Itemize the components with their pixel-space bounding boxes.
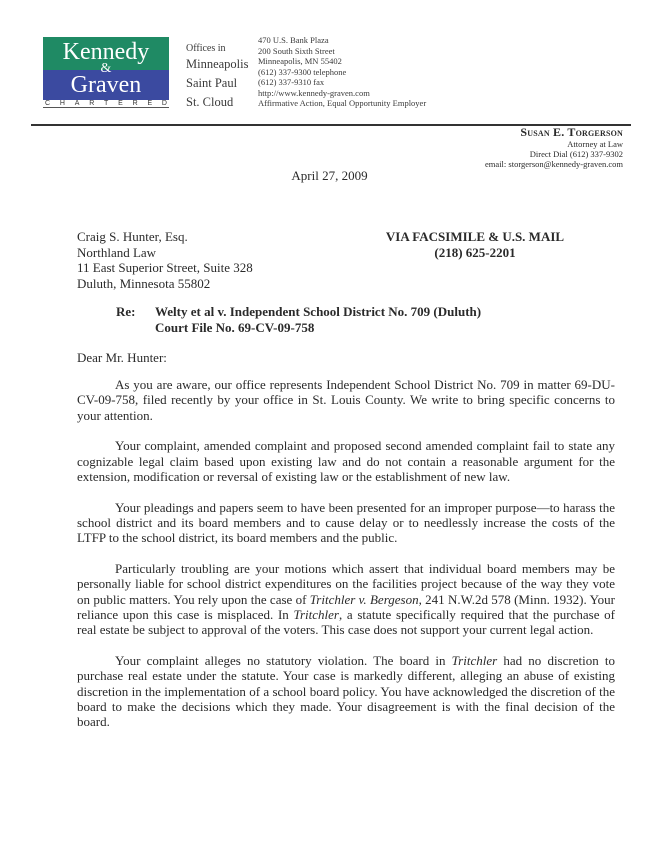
sender-title: Attorney at Law xyxy=(485,139,623,149)
tagline-letter: H xyxy=(60,100,65,107)
tagline-letter: E xyxy=(147,100,152,107)
case-citation: Tritchler v. Bergeson, xyxy=(310,592,422,607)
case-citation: Tritchler xyxy=(293,607,339,622)
recipient-line: Craig S. Hunter, Esq. xyxy=(77,229,253,245)
re-case-name: Welty et al v. Independent School Distri… xyxy=(155,304,481,320)
eoe-statement: Affirmative Action, Equal Opportunity Em… xyxy=(258,98,426,109)
address-line: 470 U.S. Bank Plaza xyxy=(258,35,426,46)
tagline-letter: C xyxy=(45,100,50,107)
sender-direct-dial: Direct Dial (612) 337-9302 xyxy=(485,149,623,159)
recipient-line: 11 East Superior Street, Suite 328 xyxy=(77,260,253,276)
address-line: Minneapolis, MN 55402 xyxy=(258,56,426,67)
sender-block: Susan E. Torgerson Attorney at Law Direc… xyxy=(485,125,623,169)
address-line: 200 South Sixth Street xyxy=(258,46,426,57)
tagline-letter: T xyxy=(104,100,108,107)
case-citation: Tritchler xyxy=(452,653,498,668)
logo-chartered-tagline: CHARTERED xyxy=(43,100,169,108)
office-city: Minneapolis xyxy=(186,55,249,74)
delivery-method-block: VIA FACSIMILE & U.S. MAIL (218) 625-2201 xyxy=(380,229,570,260)
body-paragraph: As you are aware, our office represents … xyxy=(77,377,615,423)
letter-body: As you are aware, our office represents … xyxy=(77,377,615,745)
body-paragraph: Your pleadings and papers seem to have b… xyxy=(77,500,615,546)
re-court-file: Court File No. 69-CV-09-758 xyxy=(155,320,481,336)
recipient-line: Northland Law xyxy=(77,245,253,261)
paragraph-text: Your complaint alleges no statutory viol… xyxy=(115,653,452,668)
tagline-letter: R xyxy=(133,100,138,107)
telephone: (612) 337-9300 telephone xyxy=(258,67,426,78)
tagline-letter: D xyxy=(162,100,167,107)
recipient-line: Duluth, Minnesota 55802 xyxy=(77,276,253,292)
firm-logo: Kennedy & Graven CHARTERED xyxy=(43,37,169,108)
letter-date: April 27, 2009 xyxy=(0,168,659,184)
re-label: Re: xyxy=(116,304,136,320)
paragraph-text: Your pleadings and papers seem to have b… xyxy=(77,500,615,546)
logo-graven-text: Graven xyxy=(43,73,169,97)
paragraph-text: As you are aware, our office represents … xyxy=(77,377,615,423)
office-city: St. Cloud xyxy=(186,93,249,112)
recipient-address: Craig S. Hunter, Esq. Northland Law 11 E… xyxy=(77,229,253,291)
offices-label: Offices in xyxy=(186,42,249,55)
salutation: Dear Mr. Hunter: xyxy=(77,350,167,366)
re-subject: Welty et al v. Independent School Distri… xyxy=(155,304,481,335)
office-city: Saint Paul xyxy=(186,74,249,93)
paragraph-text: Your complaint, amended complaint and pr… xyxy=(77,438,615,484)
tagline-letter: E xyxy=(118,100,123,107)
body-paragraph: Particularly troubling are your motions … xyxy=(77,561,615,637)
delivery-method: VIA FACSIMILE & U.S. MAIL xyxy=(380,229,570,245)
body-paragraph: Your complaint, amended complaint and pr… xyxy=(77,438,615,484)
delivery-fax-number: (218) 625-2201 xyxy=(380,245,570,261)
body-paragraph: Your complaint alleges no statutory viol… xyxy=(77,653,615,729)
website-link[interactable]: http://www.kennedy-graven.com xyxy=(258,88,426,99)
firm-address-block: 470 U.S. Bank Plaza 200 South Sixth Stre… xyxy=(258,35,426,109)
offices-block: Offices in Minneapolis Saint Paul St. Cl… xyxy=(186,42,249,112)
tagline-letter: A xyxy=(75,100,80,107)
sender-name: Susan E. Torgerson xyxy=(485,125,623,139)
tagline-letter: R xyxy=(89,100,94,107)
fax: (612) 337-9310 fax xyxy=(258,77,426,88)
